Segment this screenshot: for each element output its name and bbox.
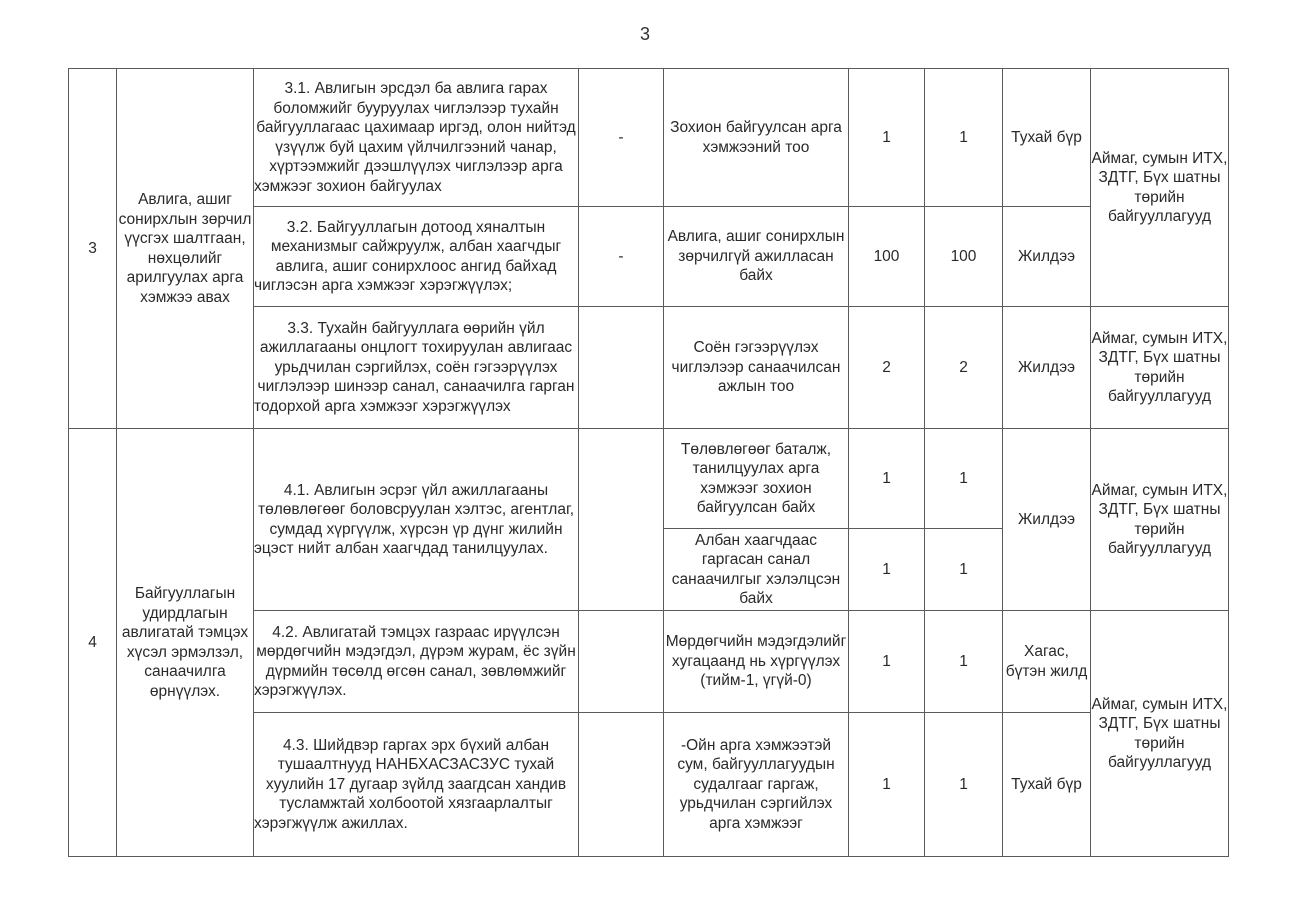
target-cell: 1 [925, 529, 1003, 611]
baseline-cell [579, 429, 664, 611]
baseline-cell: - [579, 207, 664, 307]
target-cell: 1 [849, 713, 925, 857]
target-cell: 1 [925, 713, 1003, 857]
responsible-cell: Аймаг, сумын ИТХ, ЗДТГ, Бүх шатны төрийн… [1091, 69, 1229, 307]
action-plan-table: 3 Авлига, ашиг сонирхлын зөрчил үүсгэх ш… [68, 68, 1229, 857]
table-row: 3 Авлига, ашиг сонирхлын зөрчил үүсгэх ш… [69, 69, 1229, 207]
row-number: 4 [69, 429, 117, 857]
indicator-cell: Авлига, ашиг сонирхлын зөрчилгүй ажиллас… [664, 207, 849, 307]
target-cell: 2 [925, 307, 1003, 429]
baseline-cell [579, 611, 664, 713]
activity-cell: 3.1. Авлигын эрсдэл ба авлига гарах боло… [254, 69, 579, 207]
page-number: 3 [0, 24, 1290, 45]
activity-cell: 4.3. Шийдвэр гаргах эрх бүхий албан туша… [254, 713, 579, 857]
row-number: 3 [69, 69, 117, 429]
baseline-cell: - [579, 69, 664, 207]
responsible-cell: Аймаг, сумын ИТХ, ЗДТГ, Бүх шатны төрийн… [1091, 429, 1229, 611]
target-cell: 1 [849, 529, 925, 611]
activity-cell: 4.1. Авлигын эсрэг үйл ажиллагааны төлөв… [254, 429, 579, 611]
baseline-cell [579, 307, 664, 429]
target-cell: 2 [849, 307, 925, 429]
frequency-cell: Жилдээ [1003, 307, 1091, 429]
target-cell: 1 [925, 69, 1003, 207]
responsible-cell: Аймаг, сумын ИТХ, ЗДТГ, Бүх шатны төрийн… [1091, 307, 1229, 429]
activity-cell: 4.2. Авлигатай тэмцэх газраас ирүүлсэн м… [254, 611, 579, 713]
target-cell: 1 [849, 611, 925, 713]
indicator-cell: -Ойн арга хэмжээтэй сум, байгууллагуудын… [664, 713, 849, 857]
target-cell: 1 [925, 611, 1003, 713]
frequency-cell: Жилдээ [1003, 429, 1091, 611]
activity-cell: 3.2. Байгууллагын дотоод хяналтын механи… [254, 207, 579, 307]
indicator-cell: Төлөвлөгөөг баталж, танилцуулах арга хэм… [664, 429, 849, 529]
indicator-cell: Мөрдөгчийн мэдэгдэлийг хугацаанд нь хүрг… [664, 611, 849, 713]
target-cell: 1 [849, 69, 925, 207]
goal-cell: Авлига, ашиг сонирхлын зөрчил үүсгэх шал… [117, 69, 254, 429]
frequency-cell: Тухай бүр [1003, 713, 1091, 857]
activity-cell: 3.3. Тухайн байгууллага өөрийн үйл ажилл… [254, 307, 579, 429]
target-cell: 1 [925, 429, 1003, 529]
goal-cell: Байгууллагын удирдлагын авлигатай тэмцэх… [117, 429, 254, 857]
indicator-cell: Албан хаагчдаас гаргасан санал санаачилг… [664, 529, 849, 611]
baseline-cell [579, 713, 664, 857]
target-cell: 100 [849, 207, 925, 307]
responsible-cell: Аймаг, сумын ИТХ, ЗДТГ, Бүх шатны төрийн… [1091, 611, 1229, 857]
indicator-cell: Зохион байгуулсан арга хэмжээний тоо [664, 69, 849, 207]
table-row: 4 Байгууллагын удирдлагын авлигатай тэмц… [69, 429, 1229, 529]
frequency-cell: Жилдээ [1003, 207, 1091, 307]
frequency-cell: Хагас, бүтэн жилд [1003, 611, 1091, 713]
target-cell: 1 [849, 429, 925, 529]
indicator-cell: Соён гэгээрүүлэх чиглэлээр санаачилсан а… [664, 307, 849, 429]
target-cell: 100 [925, 207, 1003, 307]
frequency-cell: Тухай бүр [1003, 69, 1091, 207]
